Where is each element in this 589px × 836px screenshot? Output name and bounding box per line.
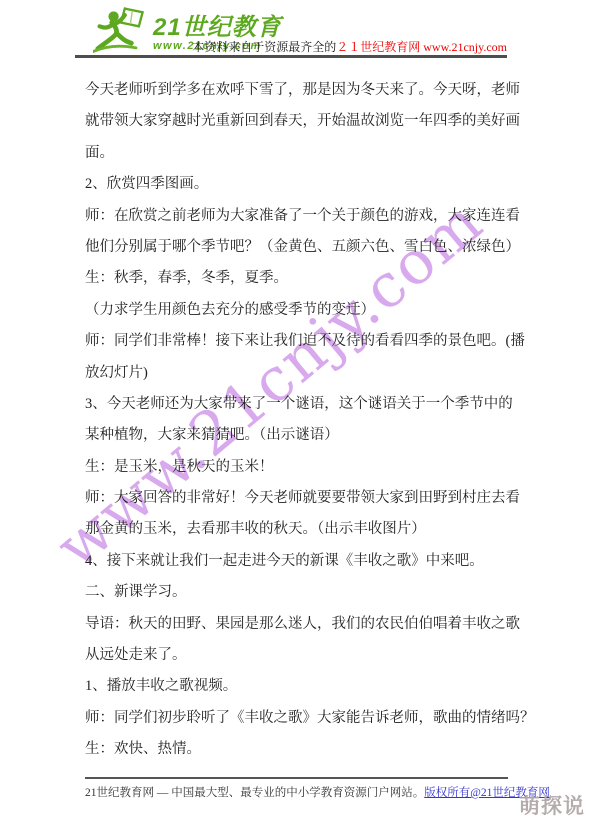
document-text-line: 3、今天老师还为大家带来了一个谜语，这个谜语关于一个季节中的 <box>85 389 509 420</box>
document-text-line: 今天老师听到学多在欢呼下雪了，那是因为冬天来了。今天呀，老师 <box>85 75 509 106</box>
header-divider <box>75 55 507 58</box>
corner-watermark: 萌探说 <box>519 790 585 820</box>
document-text-line: 1、播放丰收之歌视频。 <box>85 671 509 702</box>
tagline-prefix: 本资料来自于资源最齐全的 <box>192 40 336 54</box>
document-text-line: 导语：秋天的田野、果园是那么迷人，我们的农民伯伯唱着丰收之歌 <box>85 609 509 640</box>
document-page: 21世纪教育 www.21cnjy.com 本资料来自于资源最齐全的２１世纪教育… <box>0 0 589 836</box>
document-text-line: 从远处走来了。 <box>85 640 509 671</box>
footer-divider <box>85 777 508 779</box>
document-text-line: 他们分别属于哪个季节吧？（金黄色、五颜六色、雪白色、浓绿色） <box>85 232 509 263</box>
document-text-line: 面。 <box>85 138 509 169</box>
document-text-line: 师：在欣赏之前老师为大家准备了一个关于颜色的游戏，大家连连看 <box>85 201 509 232</box>
tagline-highlight: ２１世纪教育网 www.21cnjy.com <box>336 40 507 54</box>
document-text-line: 生：欢快、热情。 <box>85 734 509 765</box>
document-text-line: 4、接下来就让我们一起走进今天的新课《丰收之歌》中来吧。 <box>85 546 509 577</box>
header-tagline: 本资料来自于资源最齐全的２１世纪教育网 www.21cnjy.com <box>192 40 507 54</box>
document-text-line: 生：秋季，春季，冬季，夏季。 <box>85 263 509 294</box>
footer-site-text: 21世纪教育网 — 中国最大型、最专业的中小学教育资源门户网站。 <box>85 784 424 800</box>
footer: 21世纪教育网 — 中国最大型、最专业的中小学教育资源门户网站。 版权所有@21… <box>85 784 508 800</box>
document-text-line: 那金黄的玉米，去看那丰收的秋天。（出示丰收图片） <box>85 514 509 545</box>
document-text-line: 师：大家回答的非常好！今天老师就要要带领大家到田野到村庄去看 <box>85 483 509 514</box>
document-text-line: （力求学生用颜色去充分的感受季节的变迁） <box>85 295 509 326</box>
document-text-line: 2、欣赏四季图画。 <box>85 169 509 200</box>
document-text-line: 放幻灯片) <box>85 358 509 389</box>
document-text-line: 生：是玉米，是秋天的玉米！ <box>85 452 509 483</box>
document-text-line: 某种植物，大家来猜猜吧。（出示谜语） <box>85 420 509 451</box>
document-text-line: 二、新课学习。 <box>85 577 509 608</box>
brand-name: 21世纪教育 <box>153 16 282 40</box>
document-body: 今天老师听到学多在欢呼下雪了，那是因为冬天来了。今天呀，老师就带领大家穿越时光重… <box>85 75 509 766</box>
runner-logo-icon <box>93 6 151 56</box>
document-text-line: 师：同学们非常棒！接下来让我们迫不及待的看看四季的景色吧。(播 <box>85 326 509 357</box>
document-text-line: 就带领大家穿越时光重新回到春天，开始温故浏览一年四季的美好画 <box>85 106 509 137</box>
document-text-line: 师：同学们初步聆听了《丰收之歌》大家能告诉老师，歌曲的情绪吗？ <box>85 703 509 734</box>
